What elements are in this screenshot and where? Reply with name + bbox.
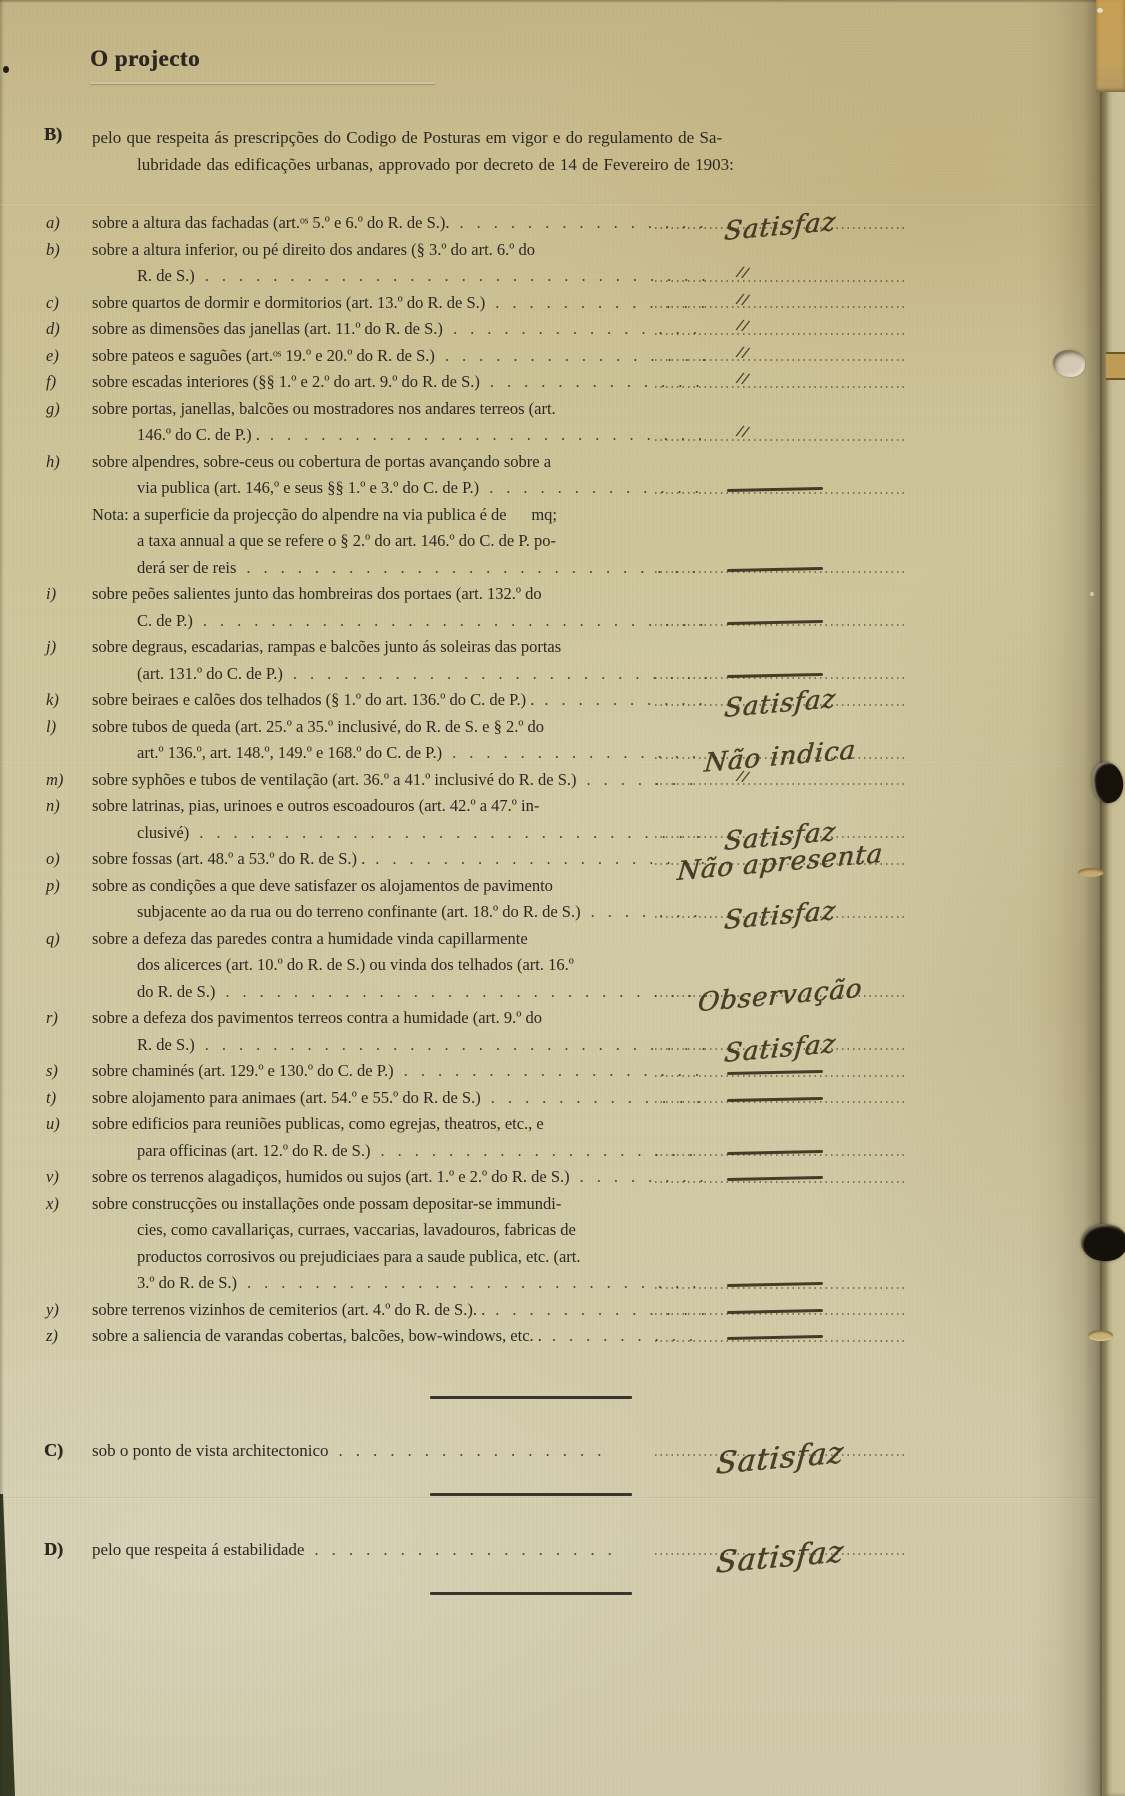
item-text: sobre as condições a que deve satisfazer… bbox=[92, 873, 707, 926]
item-text: sobre a defeza dos pavimentos terreos co… bbox=[92, 1005, 707, 1058]
item-letter: y) bbox=[46, 1297, 82, 1324]
scanned-document-page: O projecto B) pelo que respeita ás presc… bbox=[0, 0, 1125, 1796]
dot-leaders: ........................................… bbox=[479, 478, 707, 497]
binding-corner bbox=[1096, 0, 1125, 92]
paper-slit bbox=[1088, 1330, 1113, 1341]
handwritten-ditto-mark: // bbox=[735, 365, 751, 393]
item-letter: v) bbox=[46, 1164, 82, 1191]
dot-leaders: ........................................… bbox=[193, 611, 707, 630]
item-text-lines: sobre a saliencia de varandas cobertas, … bbox=[92, 1326, 542, 1345]
adjacent-page-edge bbox=[1104, 0, 1125, 1796]
item-text: sobre alpendres, sobre-ceus ou cobertura… bbox=[92, 449, 707, 502]
item-letter: d) bbox=[46, 316, 82, 343]
dot-leaders: ........................................… bbox=[485, 293, 707, 312]
item-letter: u) bbox=[46, 1111, 82, 1138]
dot-leaders: ........................................… bbox=[304, 1540, 612, 1559]
item-letter: n) bbox=[46, 793, 82, 820]
item-letter: p) bbox=[46, 873, 82, 900]
item-letter: x) bbox=[46, 1191, 82, 1218]
dot-leaders: ........................................… bbox=[283, 664, 707, 683]
item-letter: r) bbox=[46, 1005, 82, 1032]
handwritten-note: Satisfaz bbox=[654, 1434, 905, 1483]
paper-tear bbox=[1078, 868, 1104, 877]
handwritten-ditto-mark: // bbox=[735, 339, 751, 367]
form-item: p) sobre as condições a que deve satisfa… bbox=[0, 873, 1100, 926]
item-text-lines: sobre pateos e saguões (art.ᵒˢ 19.º e 20… bbox=[92, 346, 435, 365]
item-text: sobre beiraes e calões dos telhados (§ 1… bbox=[92, 687, 707, 714]
item-text: sobre portas, janellas, balcões ou mostr… bbox=[92, 396, 707, 449]
form-item: s) sobre chaminés (art. 129.º e 130.º do… bbox=[0, 1058, 1100, 1085]
handwritten-ditto-mark: // bbox=[735, 763, 751, 791]
item-text-lines: sobre quartos de dormir e dormitorios (a… bbox=[92, 293, 485, 312]
dot-leaders: ........................................… bbox=[329, 1441, 612, 1460]
handwritten-note: Satisfaz bbox=[654, 1533, 905, 1582]
writing-line bbox=[655, 571, 905, 573]
writing-line bbox=[655, 386, 905, 388]
dot-leaders: ........................................… bbox=[195, 266, 707, 285]
item-text: sobre a altura inferior, ou pé direito d… bbox=[92, 237, 707, 290]
item-letter: q) bbox=[46, 926, 82, 953]
item-text-lines: sobre as dimensões das janellas (art. 11… bbox=[92, 319, 443, 338]
item-text-lines: sobre syphões e tubos de ventilação (art… bbox=[92, 770, 577, 789]
item-text: sobre latrinas, pias, urinoes e outros e… bbox=[92, 793, 707, 846]
form-item: m) sobre syphões e tubos de ventilação (… bbox=[0, 767, 1100, 794]
form-item: h) sobre alpendres, sobre-ceus ou cobert… bbox=[0, 449, 1100, 502]
item-letter: m) bbox=[46, 767, 82, 794]
item-text-lines: sobre chaminés (art. 129.º e 130.º do C.… bbox=[92, 1061, 394, 1080]
dot-leaders: ........................................… bbox=[215, 982, 707, 1001]
item-text: sobre pateos e saguões (art.ᵒˢ 19.º e 20… bbox=[92, 343, 707, 370]
form-item: d) sobre as dimensões das janellas (art.… bbox=[0, 316, 1100, 343]
binding-tab bbox=[1106, 352, 1125, 380]
item-text-lines: sobre fossas (art. 48.º a 53.º do R. de … bbox=[92, 849, 365, 868]
section-b-text: pelo que respeita ás prescripções do Cod… bbox=[92, 124, 947, 178]
divider-rule bbox=[430, 1493, 632, 1496]
item-text-lines: sobre escadas interiores (§§ 1.º e 2.º d… bbox=[92, 372, 480, 391]
form-item: j) sobre degraus, escadarias, rampas e b… bbox=[0, 634, 1100, 687]
dot-leaders: ........................................… bbox=[570, 1167, 707, 1186]
section-c-label: C) bbox=[44, 1437, 84, 1464]
form-item: c) sobre quartos de dormir e dormitorios… bbox=[0, 290, 1100, 317]
writing-line bbox=[655, 1154, 905, 1156]
writing-line bbox=[655, 1340, 905, 1342]
item-letter: j) bbox=[46, 634, 82, 661]
dot-leaders: ........................................… bbox=[260, 425, 707, 444]
writing-line bbox=[655, 492, 905, 494]
writing-line bbox=[655, 1075, 905, 1077]
handwritten-ditto-mark: // bbox=[735, 418, 751, 446]
form-item: r) sobre a defeza dos pavimentos terreos… bbox=[0, 1005, 1100, 1058]
writing-line bbox=[655, 624, 905, 626]
section-c: C) sob o ponto de vista architectonico..… bbox=[0, 1437, 612, 1464]
paper-crease bbox=[0, 203, 1100, 205]
section-b-label: B) bbox=[44, 124, 84, 145]
item-text: sobre syphões e tubos de ventilação (art… bbox=[92, 767, 707, 794]
item-letter: f) bbox=[46, 369, 82, 396]
form-item: q) sobre a defeza das paredes contra a h… bbox=[0, 926, 1100, 1006]
writing-line bbox=[655, 333, 905, 335]
form-item: n) sobre latrinas, pias, urinoes e outro… bbox=[0, 793, 1100, 846]
section-d-text: pelo que respeita á estabilidade........… bbox=[92, 1536, 612, 1563]
item-letter: b) bbox=[46, 237, 82, 264]
item-text: sobre alojamento para animaes (art. 54.º… bbox=[92, 1085, 707, 1112]
form-item: o) sobre fossas (art. 48.º a 53.º do R. … bbox=[0, 846, 1100, 873]
paper-speck bbox=[1097, 8, 1103, 13]
item-text: Nota: a superficie da projecção do alpen… bbox=[92, 502, 707, 582]
form-item: u) sobre edificios para reuniões publica… bbox=[0, 1111, 1100, 1164]
section-d: D) pelo que respeita á estabilidade.....… bbox=[0, 1536, 612, 1563]
page-title: O projecto bbox=[90, 46, 200, 72]
item-text: sobre quartos de dormir e dormitorios (a… bbox=[92, 290, 707, 317]
dot-leaders: ........................................… bbox=[370, 1141, 707, 1160]
item-text-lines: sobre alojamento para animaes (art. 54.º… bbox=[92, 1088, 481, 1107]
writing-line bbox=[655, 306, 905, 308]
item-text-lines: sobre beiraes e calões dos telhados (§ 1… bbox=[92, 690, 534, 709]
item-letter: h) bbox=[46, 449, 82, 476]
paper-speck bbox=[1090, 592, 1094, 596]
handwritten-ditto-mark: // bbox=[735, 286, 751, 314]
item-text-lines: sobre a altura das fachadas (art.ᵒˢ 5.º … bbox=[92, 213, 450, 232]
item-letter: e) bbox=[46, 343, 82, 370]
item-letter: o) bbox=[46, 846, 82, 873]
item-letter: g) bbox=[46, 396, 82, 423]
section-b: B) pelo que respeita ás prescripções do … bbox=[0, 124, 947, 178]
dot-leaders: ........................................… bbox=[443, 319, 707, 338]
dot-leaders: ........................................… bbox=[577, 770, 707, 789]
item-letter: t) bbox=[46, 1085, 82, 1112]
dot-leaders: ........................................… bbox=[480, 372, 707, 391]
page-top-edge bbox=[0, 0, 1125, 3]
paper-crease bbox=[0, 1497, 1100, 1499]
writing-line bbox=[655, 1287, 905, 1289]
form-items: a) sobre a altura das fachadas (art.ᵒˢ 5… bbox=[0, 210, 1100, 1350]
item-text: sobre chaminés (art. 129.º e 130.º do C.… bbox=[92, 1058, 707, 1085]
item-text: sobre a saliencia de varandas cobertas, … bbox=[92, 1323, 707, 1350]
item-text: sobre escadas interiores (§§ 1.º e 2.º d… bbox=[92, 369, 707, 396]
writing-line bbox=[655, 783, 905, 785]
writing-line bbox=[655, 677, 905, 679]
form-item: Nota: a superficie da projecção do alpen… bbox=[0, 502, 1100, 582]
item-letter: k) bbox=[46, 687, 82, 714]
item-text: sobre edificios para reuniões publicas, … bbox=[92, 1111, 707, 1164]
dot-leaders: ........................................… bbox=[189, 823, 707, 842]
writing-line bbox=[655, 1101, 905, 1103]
form-item: t) sobre alojamento para animaes (art. 5… bbox=[0, 1085, 1100, 1112]
item-letter: c) bbox=[46, 290, 82, 317]
divider-rule bbox=[430, 1396, 632, 1399]
item-text: sobre as dimensões das janellas (art. 11… bbox=[92, 316, 707, 343]
item-text-lines: sobre os terrenos alagadiços, humidos ou… bbox=[92, 1167, 570, 1186]
section-c-text: sob o ponto de vista architectonico.....… bbox=[92, 1437, 612, 1464]
dot-leaders: ........................................… bbox=[394, 1061, 707, 1080]
handwritten-ditto-mark: // bbox=[735, 259, 751, 287]
item-text-lines: sobre terrenos vizinhos de cemiterios (a… bbox=[92, 1300, 485, 1319]
item-text: sobre a altura das fachadas (art.ᵒˢ 5.º … bbox=[92, 210, 707, 237]
form-item: e) sobre pateos e saguões (art.ᵒˢ 19.º e… bbox=[0, 343, 1100, 370]
form-item: f) sobre escadas interiores (§§ 1.º e 2.… bbox=[0, 369, 1100, 396]
writing-line bbox=[655, 439, 905, 441]
dot-leaders: ........................................… bbox=[195, 1035, 707, 1054]
title-underline bbox=[90, 82, 435, 84]
form-item: a) sobre a altura das fachadas (art.ᵒˢ 5… bbox=[0, 210, 1100, 237]
form-item: k) sobre beiraes e calões dos telhados (… bbox=[0, 687, 1100, 714]
item-letter: z) bbox=[46, 1323, 82, 1350]
writing-line bbox=[655, 280, 905, 282]
form-item: g) sobre portas, janellas, balcões ou mo… bbox=[0, 396, 1100, 449]
item-text: sobre terrenos vizinhos de cemiterios (a… bbox=[92, 1297, 707, 1324]
item-text: sobre fossas (art. 48.º a 53.º do R. de … bbox=[92, 846, 707, 873]
item-letter: i) bbox=[46, 581, 82, 608]
form-item: i) sobre peões salientes junto das hombr… bbox=[0, 581, 1100, 634]
divider-rule bbox=[430, 1592, 632, 1595]
dot-leaders: ........................................… bbox=[481, 1088, 707, 1107]
item-letter: s) bbox=[46, 1058, 82, 1085]
form-item: v) sobre os terrenos alagadiços, humidos… bbox=[0, 1164, 1100, 1191]
punched-hole bbox=[1053, 350, 1085, 377]
writing-line bbox=[655, 1313, 905, 1315]
form-item: x) sobre construcções ou installações on… bbox=[0, 1191, 1100, 1297]
writing-line bbox=[655, 359, 905, 361]
handwritten-ditto-mark: // bbox=[735, 312, 751, 340]
item-letter: a) bbox=[46, 210, 82, 237]
item-text: sobre construcções ou installações onde … bbox=[92, 1191, 707, 1297]
section-d-label: D) bbox=[44, 1536, 84, 1563]
dot-leaders: ........................................… bbox=[237, 1273, 707, 1292]
form-item: z) sobre a saliencia de varandas coberta… bbox=[0, 1323, 1100, 1350]
dot-leaders: ........................................… bbox=[485, 1300, 707, 1319]
dot-leaders: ........................................… bbox=[542, 1326, 707, 1345]
form-item: y) sobre terrenos vizinhos de cemiterios… bbox=[0, 1297, 1100, 1324]
item-text: sobre tubos de queda (art. 25.º a 35.º i… bbox=[92, 714, 707, 767]
item-text: sobre a defeza das paredes contra a humi… bbox=[92, 926, 707, 1006]
item-text: sobre peões salientes junto das hombreir… bbox=[92, 581, 707, 634]
item-text: sobre degraus, escadarias, rampas e balc… bbox=[92, 634, 707, 687]
item-letter: l) bbox=[46, 714, 82, 741]
form-item: b) sobre a altura inferior, ou pé direit… bbox=[0, 237, 1100, 290]
item-text: sobre os terrenos alagadiços, humidos ou… bbox=[92, 1164, 707, 1191]
item-text-lines: sobre as condições a que deve satisfazer… bbox=[92, 876, 581, 922]
dot-leaders: ........................................… bbox=[435, 346, 707, 365]
dot-leaders: ........................................… bbox=[236, 558, 707, 577]
ink-speck bbox=[3, 66, 9, 73]
form-item: l) sobre tubos de queda (art. 25.º a 35.… bbox=[0, 714, 1100, 767]
writing-line bbox=[655, 1181, 905, 1183]
